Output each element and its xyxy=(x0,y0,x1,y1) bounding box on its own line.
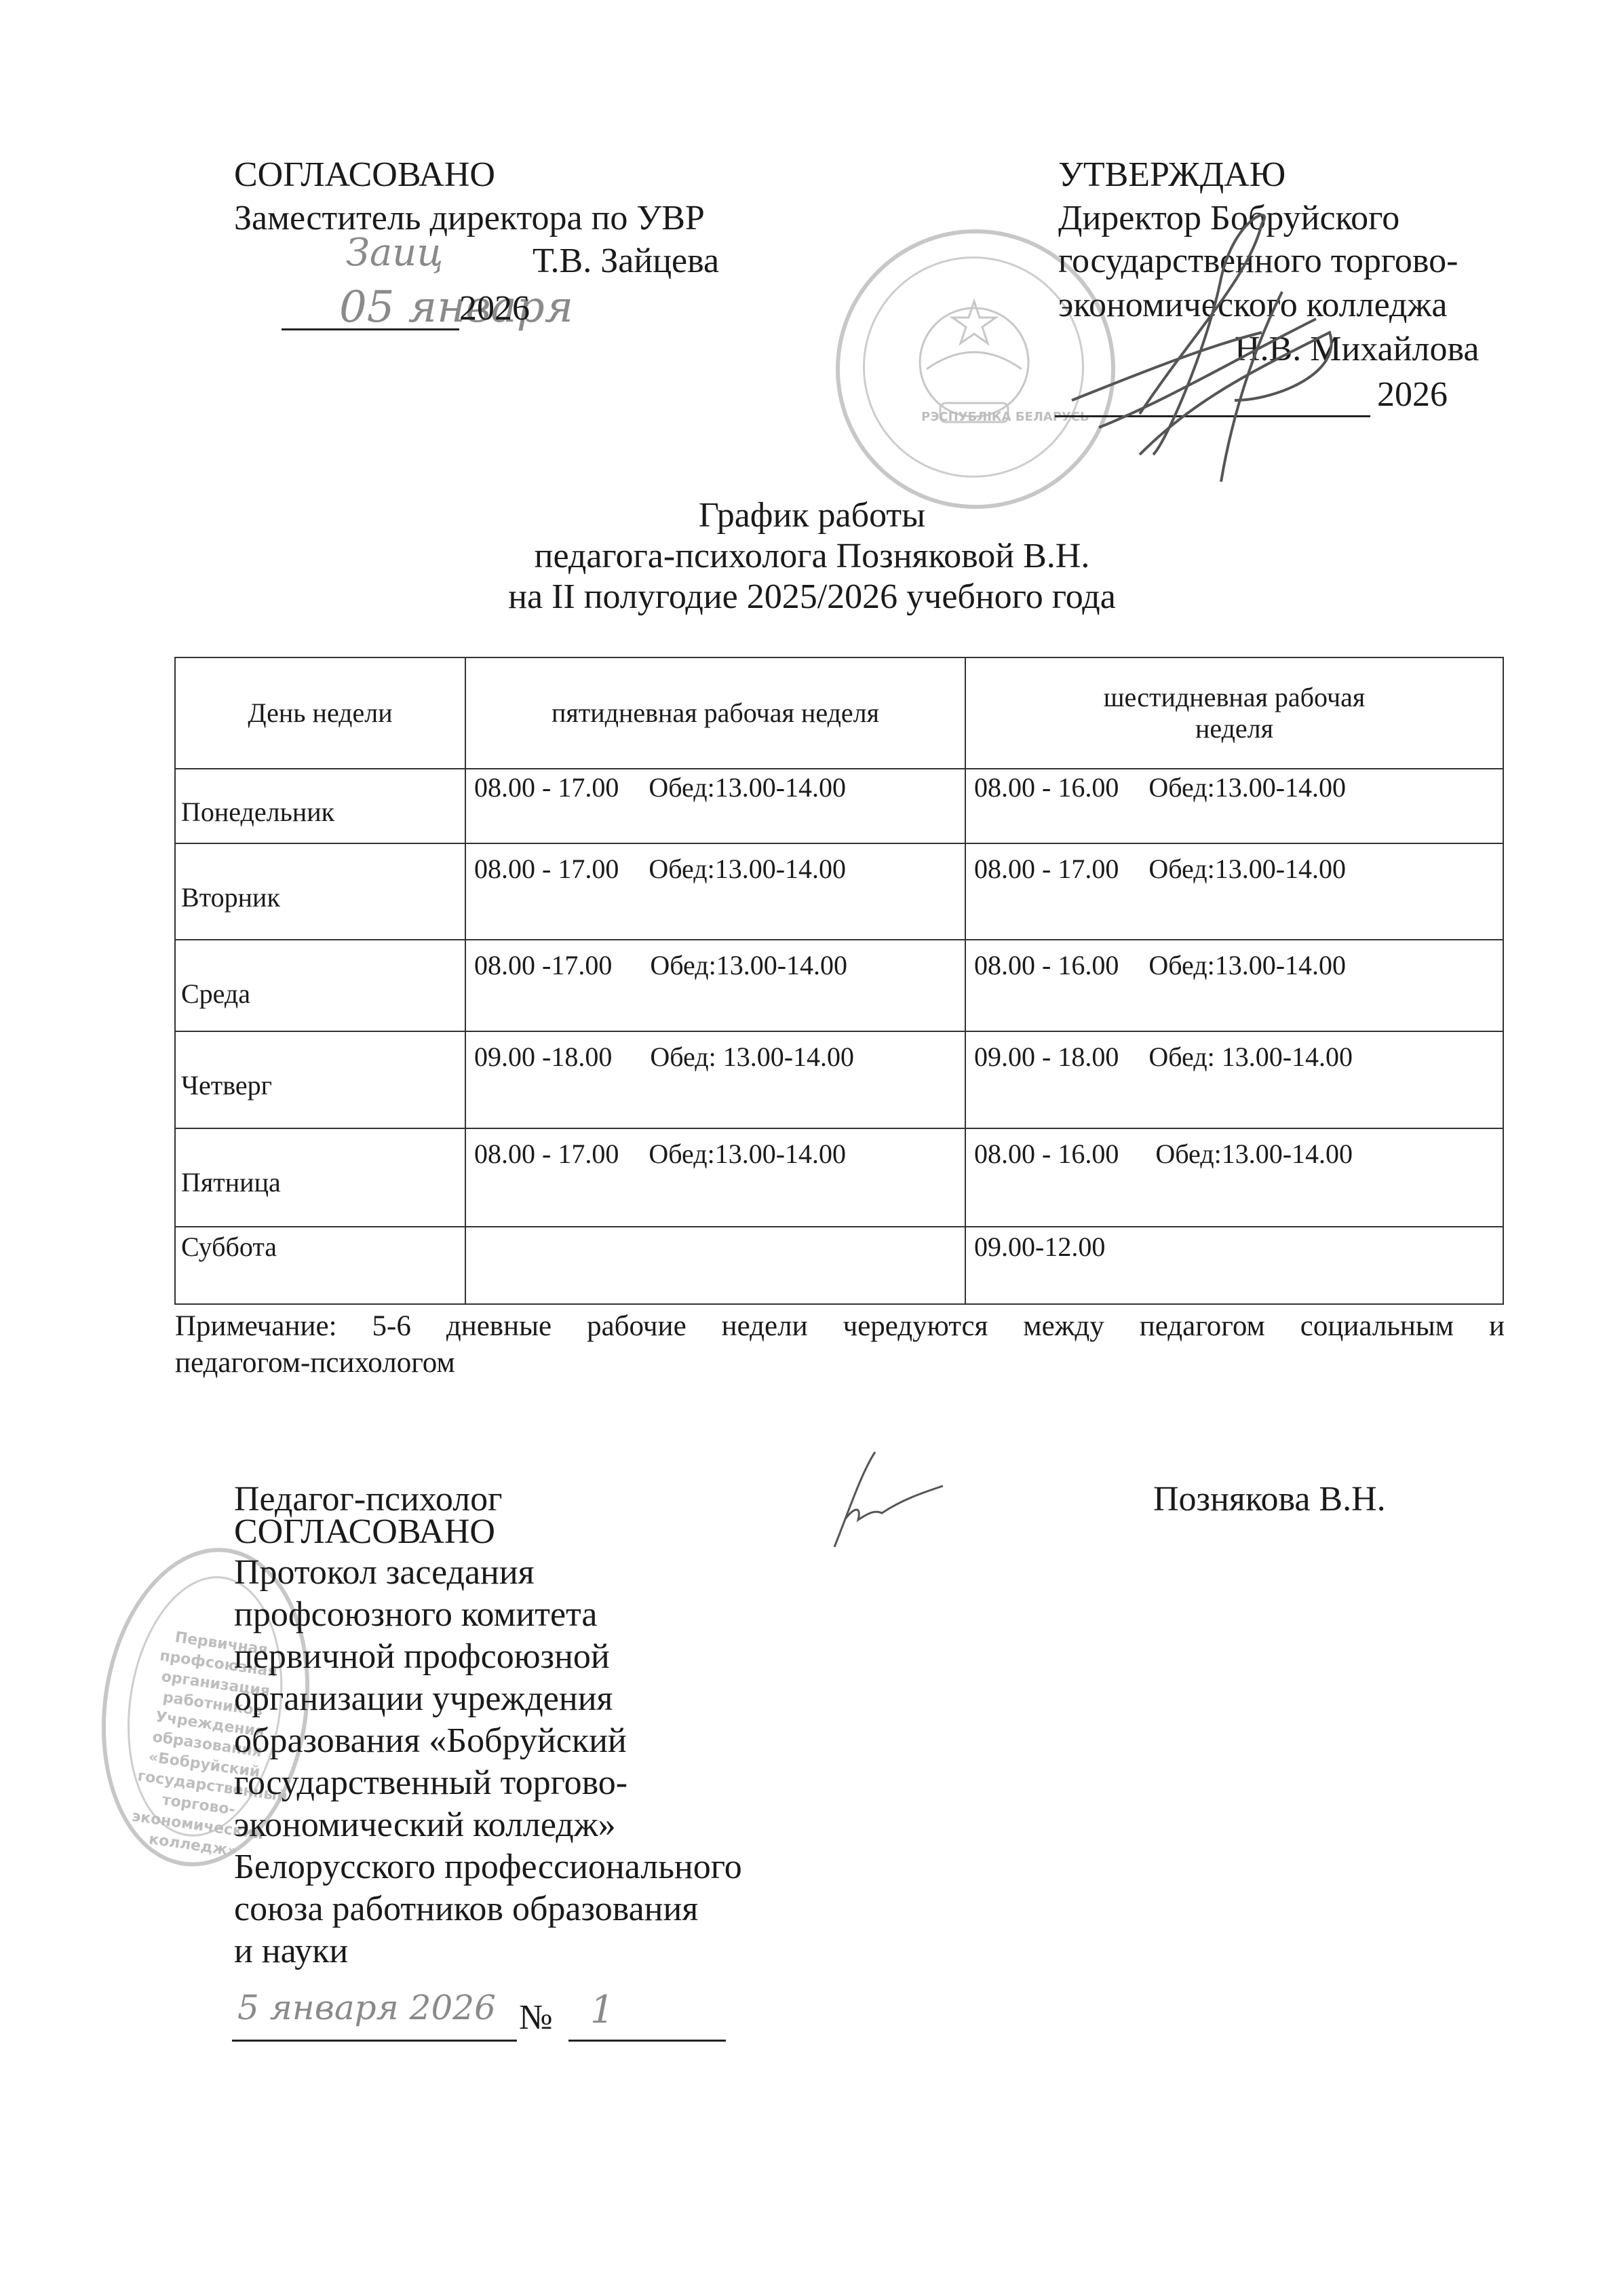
header-five-day-label: пятидневная рабочая неделя xyxy=(552,698,879,728)
table-row: Среда 08.00 -17.00Обед:13.00-14.00 08.00… xyxy=(175,940,1503,1031)
header-day-label: День недели xyxy=(248,698,392,728)
day-cell: Пятница xyxy=(175,1128,465,1227)
day-cell: Понедельник xyxy=(175,769,465,843)
five-day-lunch: Обед:13.00-14.00 xyxy=(649,1139,846,1170)
six-day-hours: 09.00 - 18.00 xyxy=(966,1032,1119,1073)
six-day-hours: 08.00 - 16.00 xyxy=(966,1129,1119,1170)
approval-left-heading: СОГЛАСОВАНО xyxy=(234,155,495,195)
approval-union-heading: СОГЛАСОВАНО xyxy=(234,1512,495,1552)
date-line-left xyxy=(282,328,459,330)
table-row: Суббота 09.00-12.00 xyxy=(175,1227,1503,1304)
approval-left-year: 2026 xyxy=(459,288,530,329)
schedule-table: День недели пятидневная рабочая неделя ш… xyxy=(174,657,1504,1305)
five-day-cell: 08.00 - 17.00Обед:13.00-14.00 xyxy=(465,769,965,843)
five-day-cell: 08.00 - 17.00Обед:13.00-14.00 xyxy=(465,843,965,940)
five-day-cell xyxy=(465,1227,965,1304)
six-day-cell: 08.00 - 16.00Обед:13.00-14.00 xyxy=(965,769,1503,843)
approval-right-heading: УТВЕРЖДАЮ xyxy=(1058,155,1285,195)
five-day-hours: 09.00 -18.00 xyxy=(466,1032,612,1073)
five-day-cell: 09.00 -18.00Обед: 13.00-14.00 xyxy=(465,1031,965,1128)
table-row: Четверг 09.00 -18.00Обед: 13.00-14.00 09… xyxy=(175,1031,1503,1128)
six-day-hours: 08.00 - 17.00 xyxy=(966,844,1119,885)
six-day-hours: 08.00 - 16.00 xyxy=(966,940,1119,981)
note-line-2: педагогом-психологом xyxy=(175,1345,455,1381)
protocol-number-label: № xyxy=(519,1998,553,2038)
approval-left-position: Заместитель директора по УВР xyxy=(234,198,705,239)
five-day-cell: 08.00 -17.00Обед:13.00-14.00 xyxy=(465,940,965,1031)
day-label: Суббота xyxy=(181,1227,465,1263)
six-day-cell: 09.00 - 18.00Обед: 13.00-14.00 xyxy=(965,1031,1503,1128)
document-subtitle: педагога-психолога Позняковой В.Н. xyxy=(0,536,1624,577)
table-header-row: День недели пятидневная рабочая неделя ш… xyxy=(175,657,1503,769)
five-day-cell: 08.00 - 17.00Обед:13.00-14.00 xyxy=(465,1128,965,1227)
psychologist-signature-icon xyxy=(780,1445,950,1554)
day-cell: Среда xyxy=(175,940,465,1031)
five-day-hours: 08.00 - 17.00 xyxy=(466,844,619,885)
five-day-lunch: Обед:13.00-14.00 xyxy=(649,854,846,885)
number-line-union xyxy=(568,2040,726,2042)
day-label: Пятница xyxy=(181,1129,465,1198)
five-day-hours: 08.00 - 17.00 xyxy=(466,1129,619,1170)
six-day-hours: 09.00-12.00 xyxy=(966,1227,1105,1263)
approval-union-line-1: Протокол заседания xyxy=(234,1552,535,1593)
note-line-1: Примечание: 5-6 дневные рабочие недели ч… xyxy=(175,1308,1505,1345)
table-row: Пятница 08.00 - 17.00Обед:13.00-14.00 08… xyxy=(175,1128,1503,1227)
table-row: Понедельник 08.00 - 17.00Обед:13.00-14.0… xyxy=(175,769,1503,843)
date-line-union xyxy=(232,2040,517,2042)
five-day-hours: 08.00 - 17.00 xyxy=(466,769,619,803)
handwritten-date-union: 5 января 2026 xyxy=(237,1988,496,2027)
header-five-day: пятидневная рабочая неделя xyxy=(465,657,965,769)
handwritten-protocol-number: 1 xyxy=(590,1988,615,2032)
six-day-cell: 09.00-12.00 xyxy=(965,1227,1503,1304)
approval-union-line-9: союза работников образования xyxy=(234,1889,698,1930)
approval-right-year: 2026 xyxy=(1377,375,1448,415)
approval-left-name: Т.В. Зайцева xyxy=(533,241,719,282)
table-row: Вторник 08.00 - 17.00Обед:13.00-14.00 08… xyxy=(175,843,1503,940)
day-cell: Четверг xyxy=(175,1031,465,1128)
six-day-cell: 08.00 - 16.00Обед:13.00-14.00 xyxy=(965,1128,1503,1227)
day-label: Среда xyxy=(181,940,465,1010)
six-day-lunch: Обед:13.00-14.00 xyxy=(1148,854,1346,885)
document-period: на II полугодие 2025/2026 учебного года xyxy=(0,577,1624,617)
header-six-day-label-1: шестидневная рабочая xyxy=(966,682,1503,713)
document-title: График работы xyxy=(0,495,1624,536)
five-day-hours xyxy=(466,1248,474,1252)
six-day-hours: 08.00 - 16.00 xyxy=(966,769,1119,803)
six-day-lunch: Обед:13.00-14.00 xyxy=(1148,772,1346,803)
five-day-hours: 08.00 -17.00 xyxy=(466,940,612,981)
five-day-lunch: Обед: 13.00-14.00 xyxy=(650,1042,854,1073)
six-day-cell: 08.00 - 17.00Обед:13.00-14.00 xyxy=(965,843,1503,940)
day-label: Вторник xyxy=(181,844,465,913)
approval-union-line-8: Белорусского профессионального xyxy=(234,1847,742,1888)
six-day-lunch: Обед:13.00-14.00 xyxy=(1155,1139,1353,1170)
day-cell: Суббота xyxy=(175,1227,465,1304)
signoff-name: Познякова В.Н. xyxy=(1153,1479,1386,1520)
approval-union-line-5: образования «Бобруйский xyxy=(234,1721,627,1761)
approval-union-line-10: и науки xyxy=(234,1931,348,1972)
handwritten-signature-left: Заиц xyxy=(346,231,443,275)
approval-union-line-7: экономический колледж» xyxy=(234,1805,616,1846)
six-day-lunch: Обед:13.00-14.00 xyxy=(1148,950,1346,981)
day-cell: Вторник xyxy=(175,843,465,940)
six-day-cell: 08.00 - 16.00Обед:13.00-14.00 xyxy=(965,940,1503,1031)
header-six-day: шестидневная рабочая неделя xyxy=(965,657,1503,769)
five-day-lunch: Обед:13.00-14.00 xyxy=(650,950,847,981)
approval-union-line-3: первичной профсоюзной xyxy=(234,1637,610,1677)
approval-union-line-6: государственный торгово- xyxy=(234,1763,627,1803)
header-day: День недели xyxy=(175,657,465,769)
approval-union-line-2: профсоюзного комитета xyxy=(234,1594,597,1635)
five-day-lunch: Обед:13.00-14.00 xyxy=(649,772,846,803)
day-label: Четверг xyxy=(181,1032,465,1101)
handwritten-date-left: 05 января xyxy=(339,282,573,332)
director-signature-icon xyxy=(1058,197,1370,482)
day-label: Понедельник xyxy=(181,769,465,828)
header-six-day-label-2: неделя xyxy=(966,713,1503,744)
six-day-lunch: Обед: 13.00-14.00 xyxy=(1148,1042,1353,1073)
approval-union-line-4: организации учреждения xyxy=(234,1679,613,1719)
